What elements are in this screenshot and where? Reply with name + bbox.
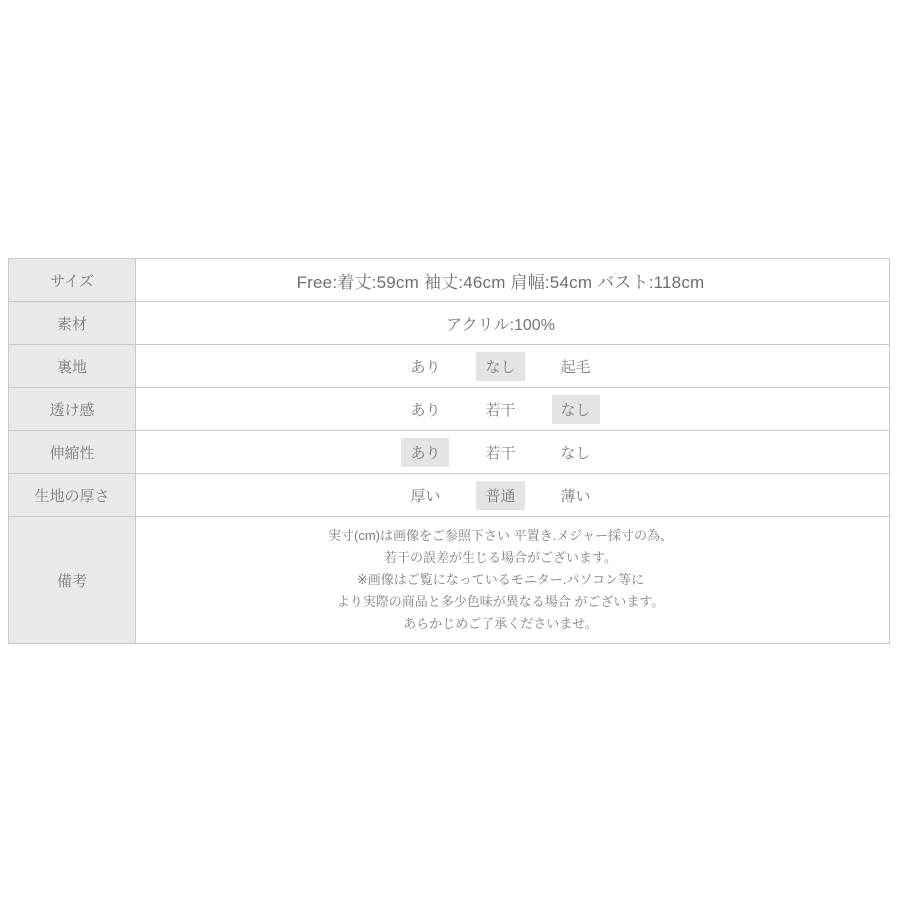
option-atsui: 厚い (401, 481, 449, 510)
lining-options: あり なし 起毛 (136, 352, 865, 381)
table-row-thickness: 生地の厚さ 厚い 普通 薄い (9, 474, 890, 517)
row-value-size-cell: Free:着丈:59cm 袖丈:46cm 肩幅:54cm バスト:118cm (136, 259, 890, 302)
table-row-sheerness: 透け感 あり 若干 なし (9, 388, 890, 431)
material-value: アクリル:100% (446, 317, 555, 334)
product-spec-page: サイズ Free:着丈:59cm 袖丈:46cm 肩幅:54cm バスト:118… (0, 0, 900, 900)
notes-block: 実寸(cm)は画像をご参照下さい 平置き.メジャー採寸の為、 若干の誤差が生じる… (136, 525, 865, 635)
stretch-options: あり 若干 なし (136, 438, 865, 467)
row-label-notes: 備考 (9, 517, 136, 644)
row-value-thickness-cell: 厚い 普通 薄い (136, 474, 890, 517)
row-label-size: サイズ (9, 259, 136, 302)
option-nashi-selected: なし (552, 395, 600, 424)
note-line: ※画像はご覧になっているモニター.パソコン等に (136, 569, 865, 591)
note-line: より実際の商品と多少色味が異なる場合 がございます。 (136, 591, 865, 613)
row-label-stretch: 伸縮性 (9, 431, 136, 474)
table-row-lining: 裏地 あり なし 起毛 (9, 345, 890, 388)
option-nashi: なし (552, 438, 600, 467)
row-value-lining-cell: あり なし 起毛 (136, 345, 890, 388)
thickness-options: 厚い 普通 薄い (136, 481, 865, 510)
option-ari: あり (401, 395, 449, 424)
table-row-notes: 備考 実寸(cm)は画像をご参照下さい 平置き.メジャー採寸の為、 若干の誤差が… (9, 517, 890, 644)
note-line: 若干の誤差が生じる場合がございます。 (136, 547, 865, 569)
row-label-lining: 裏地 (9, 345, 136, 388)
note-line: あらかじめご了承くださいませ。 (136, 613, 865, 635)
sheerness-options: あり 若干 なし (136, 395, 865, 424)
note-line: 実寸(cm)は画像をご参照下さい 平置き.メジャー採寸の為、 (136, 525, 865, 547)
table-row-stretch: 伸縮性 あり 若干 なし (9, 431, 890, 474)
row-value-stretch-cell: あり 若干 なし (136, 431, 890, 474)
option-jakkan: 若干 (476, 438, 524, 467)
row-label-material: 素材 (9, 302, 136, 345)
product-spec-table: サイズ Free:着丈:59cm 袖丈:46cm 肩幅:54cm バスト:118… (8, 258, 890, 644)
table-row-size: サイズ Free:着丈:59cm 袖丈:46cm 肩幅:54cm バスト:118… (9, 259, 890, 302)
size-value: Free:着丈:59cm 袖丈:46cm 肩幅:54cm バスト:118cm (297, 273, 705, 292)
option-usui: 薄い (552, 481, 600, 510)
table-row-material: 素材 アクリル:100% (9, 302, 890, 345)
row-value-material-cell: アクリル:100% (136, 302, 890, 345)
option-jakkan: 若干 (476, 395, 524, 424)
option-futsuu-selected: 普通 (476, 481, 524, 510)
option-nashi-selected: なし (476, 352, 524, 381)
option-ari-selected: あり (401, 438, 449, 467)
row-value-sheerness-cell: あり 若干 なし (136, 388, 890, 431)
option-kimou: 起毛 (552, 352, 600, 381)
row-label-sheerness: 透け感 (9, 388, 136, 431)
row-label-thickness: 生地の厚さ (9, 474, 136, 517)
row-value-notes-cell: 実寸(cm)は画像をご参照下さい 平置き.メジャー採寸の為、 若干の誤差が生じる… (136, 517, 890, 644)
option-ari: あり (401, 352, 449, 381)
